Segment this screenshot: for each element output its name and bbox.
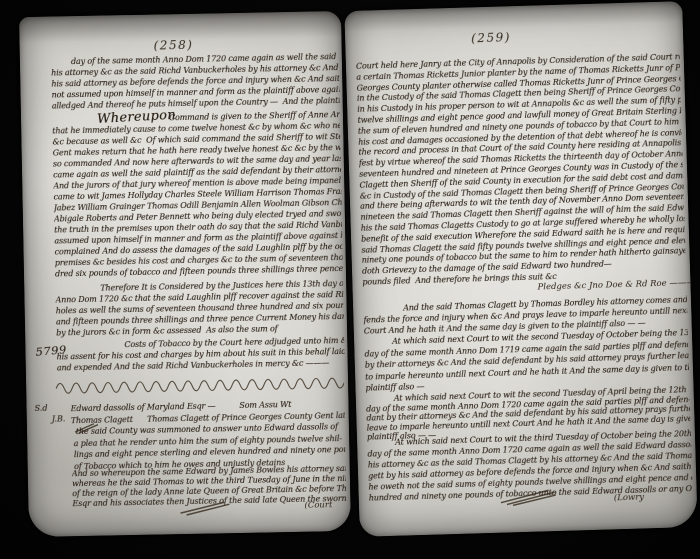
right-page: (259) Court held here Janry at the City … — [344, 1, 697, 537]
catchword: (Court — [304, 500, 332, 511]
right-paragraph-1: Court held here Janry at the City of Ann… — [356, 52, 687, 288]
left-paragraph-4: Costs of Tobacco by the Court here adjud… — [56, 335, 345, 374]
left-paragraph-1: day of the same month Anno Dom 1720 came… — [51, 51, 340, 112]
margin-abbrev-sd: S.d — [34, 404, 47, 413]
left-paragraph-3: Therefore It is Considered by the Justic… — [55, 278, 344, 339]
pen-squiggle-divider — [54, 372, 344, 396]
pen-flourish — [499, 487, 558, 507]
manuscript-photograph: (258) day of the same month Anno Dom 172… — [0, 0, 700, 559]
clerk-signature: (Lowry — [614, 492, 645, 503]
pen-flourish — [178, 499, 230, 516]
left-page-number: (258) — [153, 38, 193, 53]
left-page: (258) day of the same month Anno Dom 172… — [19, 11, 351, 537]
left-paragraph-2: Command is given to the Sheriff of Anne … — [52, 109, 343, 279]
right-paragraph-3: At which said next Court to wit the seco… — [364, 327, 690, 394]
case-caption: Edward dassolls of Maryland Esqr — Som A… — [70, 398, 345, 472]
right-page-number: (259) — [471, 30, 511, 45]
margin-abbrev-jb: J.B. — [52, 414, 66, 423]
